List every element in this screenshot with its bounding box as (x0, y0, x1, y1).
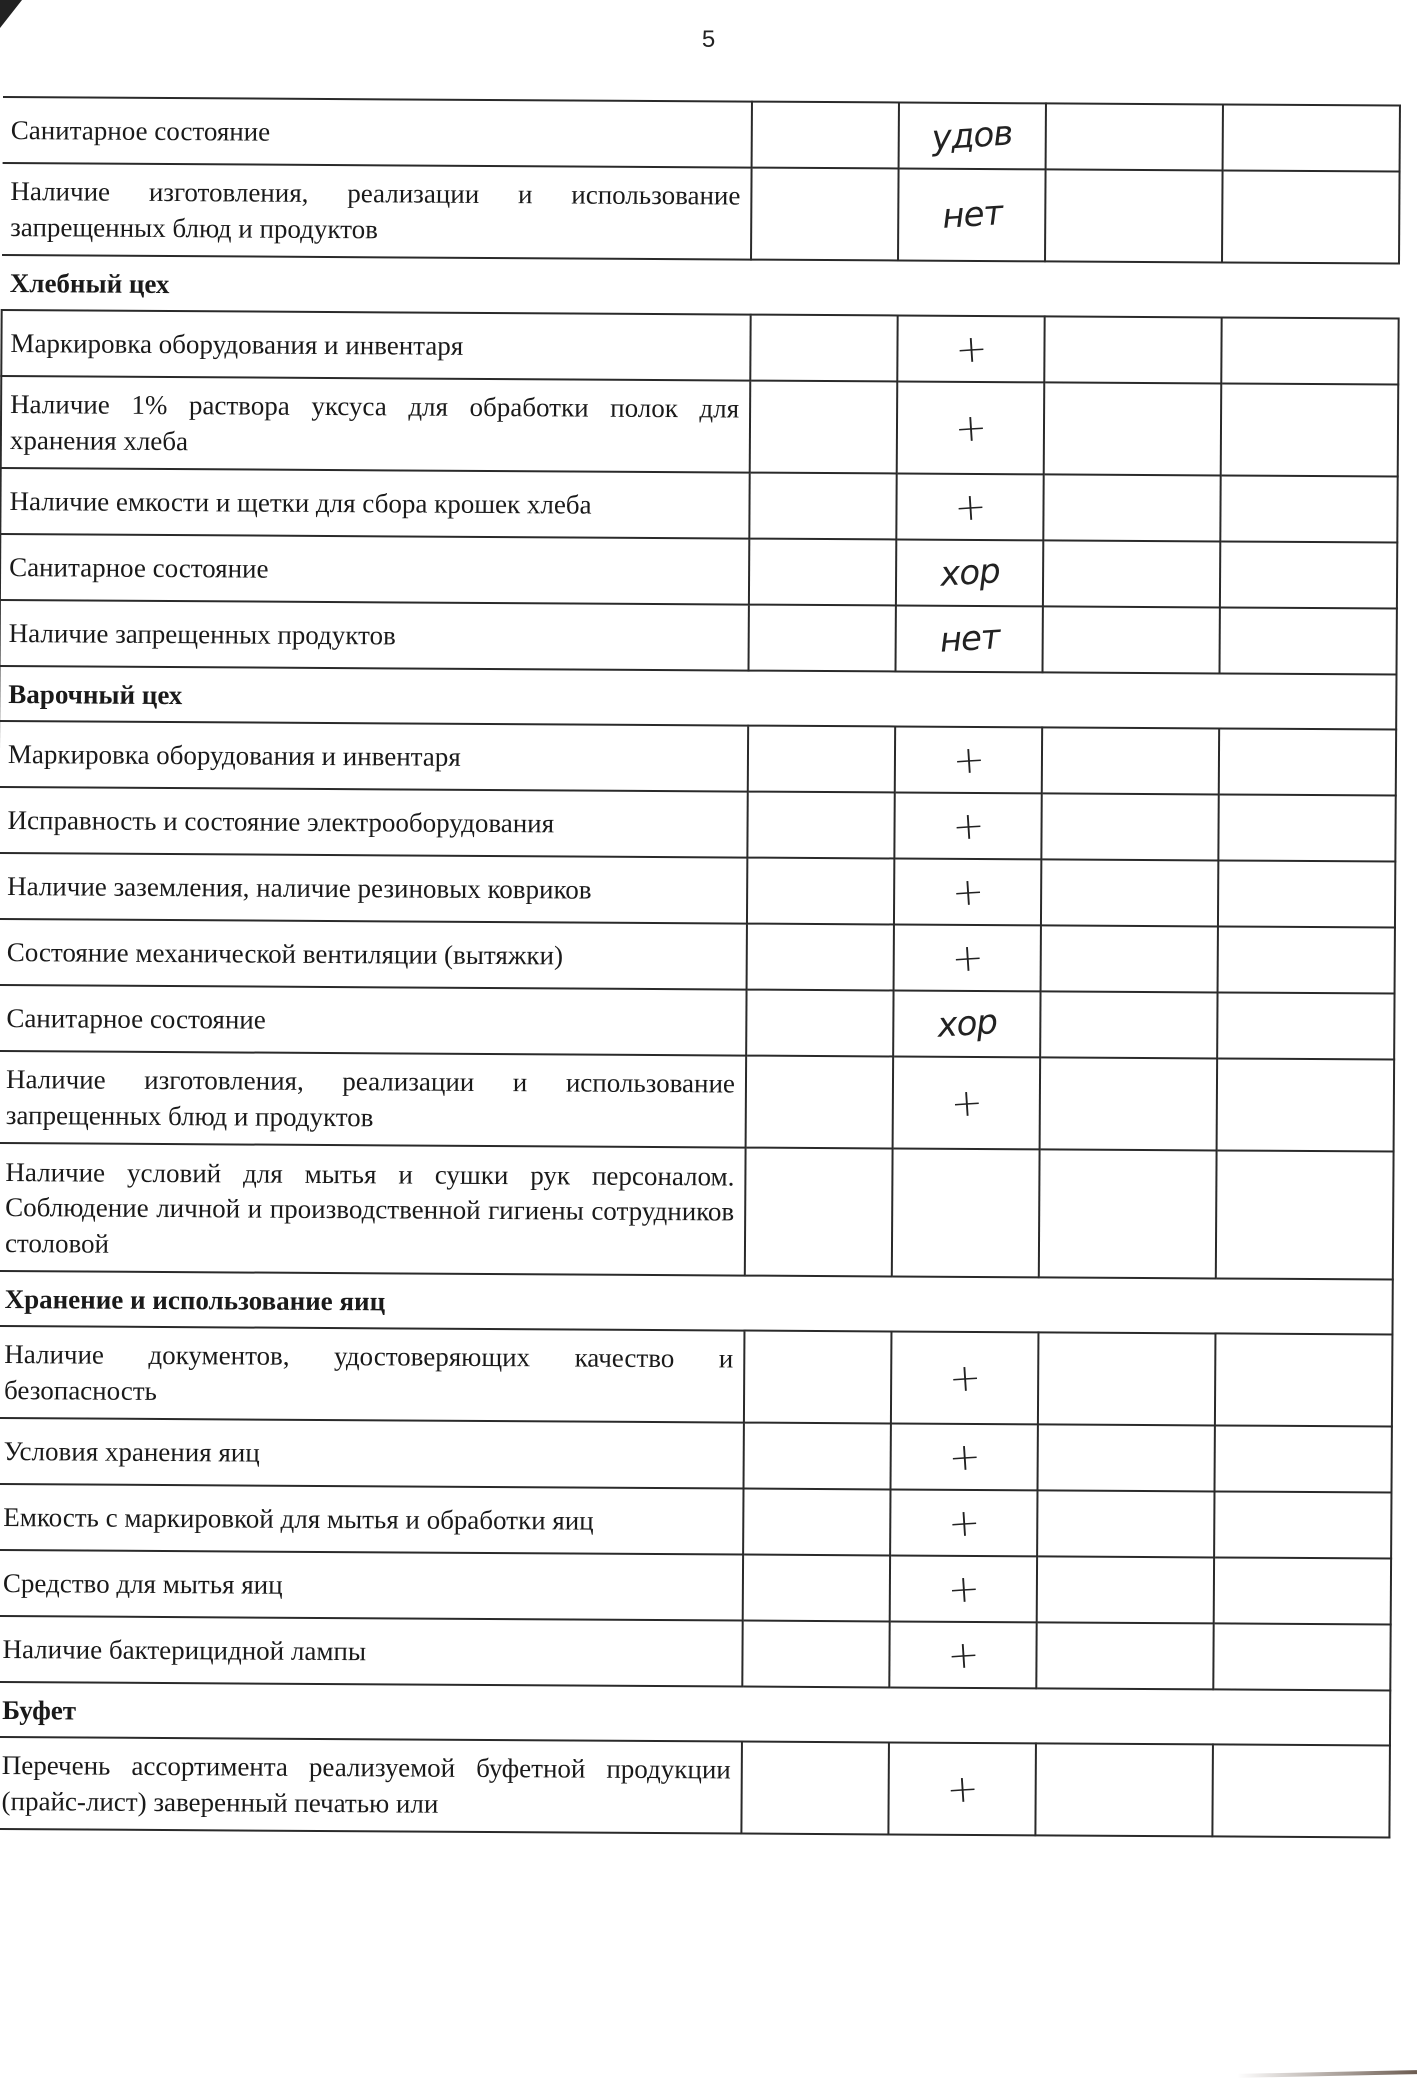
criterion-text: Санитарное состояние (0, 534, 749, 605)
criterion-text: Средство для мытья яиц (0, 1550, 743, 1621)
checklist-row: Средство для мытья яиц+ (0, 1550, 1391, 1625)
handwritten-plus-mark: + (947, 1566, 981, 1612)
result-cell: + (889, 1621, 1036, 1688)
blank-cell (1219, 607, 1396, 674)
checklist-row: Маркировка оборудования и инвентаря+ (1, 310, 1398, 385)
result-cell: + (894, 858, 1041, 925)
result-cell: хор (896, 539, 1043, 606)
handwritten-plus-mark: + (951, 803, 985, 849)
checklist-row: Наличие заземления, наличие резиновых ко… (0, 853, 1395, 928)
handwritten-result: хор (939, 551, 1001, 595)
result-cell: + (888, 1742, 1036, 1835)
blank-cell (1040, 1057, 1218, 1150)
blank-cell (750, 315, 897, 382)
blank-cell (747, 924, 894, 991)
blank-cell (747, 792, 894, 859)
blank-cell (1220, 541, 1397, 608)
page-number: 5 (0, 26, 1417, 54)
criterion-text: Состояние механической вентиляции (вытяж… (0, 919, 747, 990)
result-cell: + (893, 1056, 1041, 1149)
blank-cell (748, 726, 895, 793)
handwritten-plus-mark: + (951, 869, 985, 915)
handwritten-plus-mark: + (950, 1080, 984, 1126)
blank-cell (750, 381, 898, 474)
checklist-row: Емкость с маркировкой для мытья и обрабо… (0, 1484, 1391, 1559)
criterion-text: Наличие изготовления, реализации и испол… (2, 163, 752, 260)
result-cell: хор (893, 990, 1040, 1057)
blank-cell (1045, 169, 1223, 262)
blank-cell (744, 1423, 891, 1490)
result-cell: нет (896, 605, 1043, 672)
blank-cell (1044, 316, 1221, 383)
criterion-text: Наличие бактерицидной лампы (0, 1616, 743, 1687)
blank-cell (1218, 860, 1395, 927)
blank-cell (1222, 170, 1400, 263)
criterion-text: Емкость с маркировкой для мытья и обрабо… (0, 1484, 744, 1555)
handwritten-plus-mark: + (954, 405, 988, 451)
result-cell: + (895, 726, 1042, 793)
result-cell (892, 1148, 1040, 1277)
handwritten-plus-mark: + (947, 1434, 981, 1480)
blank-cell (1042, 727, 1219, 794)
handwritten-result: нет (938, 617, 1000, 661)
result-cell: + (891, 1423, 1038, 1490)
criterion-text: Маркировка оборудования и инвентаря (0, 721, 748, 792)
blank-cell (1038, 1424, 1215, 1491)
blank-cell (1212, 1744, 1390, 1837)
blank-cell (1221, 383, 1399, 476)
criterion-text: Условия хранения яиц (0, 1418, 744, 1489)
result-cell: + (897, 315, 1044, 382)
blank-cell (1213, 1623, 1390, 1690)
blank-cell (1223, 104, 1400, 171)
blank-cell (1037, 1490, 1214, 1557)
checklist-row: Санитарное состояниехор (0, 534, 1397, 609)
blank-cell (1040, 991, 1217, 1058)
blank-cell (1035, 1743, 1213, 1836)
blank-cell (1215, 1333, 1393, 1426)
result-cell: + (890, 1489, 1037, 1556)
handwritten-plus-mark: + (953, 484, 987, 530)
blank-cell (1038, 1332, 1216, 1425)
blank-cell (1041, 859, 1218, 926)
checklist-row: Санитарное состояниехор (0, 985, 1395, 1060)
section-header-row: Хлебный цех (2, 255, 1399, 319)
blank-cell (752, 102, 899, 169)
blank-cell (1219, 728, 1396, 795)
section-title: Хранение и использование яиц (0, 1271, 1393, 1335)
blank-cell (1043, 474, 1220, 541)
criterion-text: Наличие заземления, наличие резиновых ко… (0, 853, 747, 924)
blank-cell (743, 1555, 890, 1622)
blank-cell (1037, 1556, 1214, 1623)
blank-cell (744, 1331, 892, 1424)
criterion-text: Наличие 1% раствора уксуса для обработки… (1, 376, 751, 473)
criterion-text: Наличие изготовления, реализации и испол… (0, 1051, 746, 1148)
blank-cell (1214, 1557, 1391, 1624)
section-header-row: Буфет (0, 1682, 1390, 1746)
section-header-row: Варочный цех (0, 666, 1396, 730)
blank-cell (745, 1148, 893, 1277)
handwritten-result: удов (931, 113, 1014, 158)
criterion-text: Санитарное состояние (0, 985, 747, 1056)
handwritten-plus-mark: + (954, 326, 988, 372)
handwritten-plus-mark: + (947, 1500, 981, 1546)
blank-cell (741, 1742, 889, 1835)
handwritten-result: хор (936, 1002, 998, 1046)
criterion-text: Перечень ассортимента реализуемой буфетн… (0, 1737, 742, 1834)
blank-cell (749, 473, 896, 540)
criterion-text: Наличие документов, удостоверяющих качес… (0, 1326, 744, 1423)
blank-cell (743, 1489, 890, 1556)
checklist-table: Санитарное состояниеудовНаличие изготовл… (0, 96, 1401, 1839)
blank-cell (1214, 1491, 1391, 1558)
result-cell: + (891, 1331, 1039, 1424)
result-cell: + (890, 1555, 1037, 1622)
blank-cell (1220, 475, 1397, 542)
blank-cell (1041, 793, 1218, 860)
blank-cell (1217, 1058, 1395, 1151)
result-cell: + (894, 792, 1041, 859)
checklist-row: Наличие условий для мытья и сушки рук пе… (0, 1143, 1394, 1280)
blank-cell (1221, 317, 1398, 384)
blank-cell (1036, 1622, 1213, 1689)
checklist-row: Санитарное состояниеудов (3, 97, 1400, 172)
handwritten-plus-mark: + (950, 935, 984, 981)
checklist-row: Наличие 1% раствора уксуса для обработки… (1, 376, 1399, 477)
checklist-row: Наличие емкости и щетки для сбора крошек… (0, 468, 1397, 543)
handwritten-plus-mark: + (948, 1355, 982, 1401)
checklist-row: Наличие бактерицидной лампы+ (0, 1616, 1391, 1691)
inspection-checklist: Санитарное состояниеудовНаличие изготовл… (0, 96, 1372, 1838)
checklist-row: Наличие изготовления, реализации и испол… (0, 1051, 1394, 1152)
scan-corner-mark (0, 0, 22, 28)
result-cell: + (896, 473, 1043, 540)
blank-cell (746, 1056, 894, 1149)
checklist-row: Наличие запрещенных продуктовнет (0, 600, 1397, 675)
blank-cell (746, 990, 893, 1057)
criterion-text: Исправность и состояние электрооборудова… (0, 787, 748, 858)
scan-edge-artifact (1237, 2070, 1417, 2078)
checklist-row: Перечень ассортимента реализуемой буфетн… (0, 1737, 1390, 1838)
handwritten-plus-mark: + (952, 737, 986, 783)
criterion-text: Наличие запрещенных продуктов (0, 600, 749, 671)
criterion-text: Наличие условий для мытья и сушки рук пе… (0, 1143, 746, 1276)
handwritten-plus-mark: + (946, 1632, 980, 1678)
blank-cell (1218, 926, 1395, 993)
criterion-text: Санитарное состояние (3, 97, 752, 168)
blank-cell (1046, 103, 1223, 170)
blank-cell (1217, 992, 1394, 1059)
blank-cell (749, 539, 896, 606)
checklist-row: Маркировка оборудования и инвентаря+ (0, 721, 1396, 796)
section-title: Хлебный цех (2, 255, 1399, 319)
blank-cell (1218, 794, 1395, 861)
blank-cell (1043, 540, 1220, 607)
blank-cell (1039, 1149, 1217, 1278)
handwritten-plus-mark: + (945, 1766, 979, 1812)
handwritten-result: нет (941, 193, 1003, 237)
checklist-row: Наличие изготовления, реализации и испол… (2, 163, 1400, 264)
checklist-row: Условия хранения яиц+ (0, 1418, 1392, 1493)
blank-cell (751, 168, 899, 261)
checklist-body: Санитарное состояниеудовНаличие изготовл… (0, 97, 1400, 1838)
result-cell: удов (899, 102, 1046, 169)
blank-cell (1214, 1425, 1391, 1492)
blank-cell (1216, 1150, 1394, 1279)
result-cell: + (894, 924, 1041, 991)
result-cell: + (897, 381, 1045, 474)
checklist-row: Исправность и состояние электрооборудова… (0, 787, 1396, 862)
section-title: Буфет (0, 1682, 1390, 1746)
checklist-row: Наличие документов, удостоверяющих качес… (0, 1326, 1392, 1427)
blank-cell (1044, 382, 1222, 475)
checklist-row: Состояние механической вентиляции (вытяж… (0, 919, 1395, 994)
section-header-row: Хранение и использование яиц (0, 1271, 1393, 1335)
result-cell: нет (898, 168, 1046, 261)
blank-cell (742, 1621, 889, 1688)
blank-cell (1041, 925, 1218, 992)
section-title: Варочный цех (0, 666, 1396, 730)
criterion-text: Наличие емкости и щетки для сбора крошек… (0, 468, 749, 539)
blank-cell (747, 858, 894, 925)
criterion-text: Маркировка оборудования и инвентаря (1, 310, 750, 381)
blank-cell (749, 605, 896, 672)
blank-cell (1042, 606, 1219, 673)
